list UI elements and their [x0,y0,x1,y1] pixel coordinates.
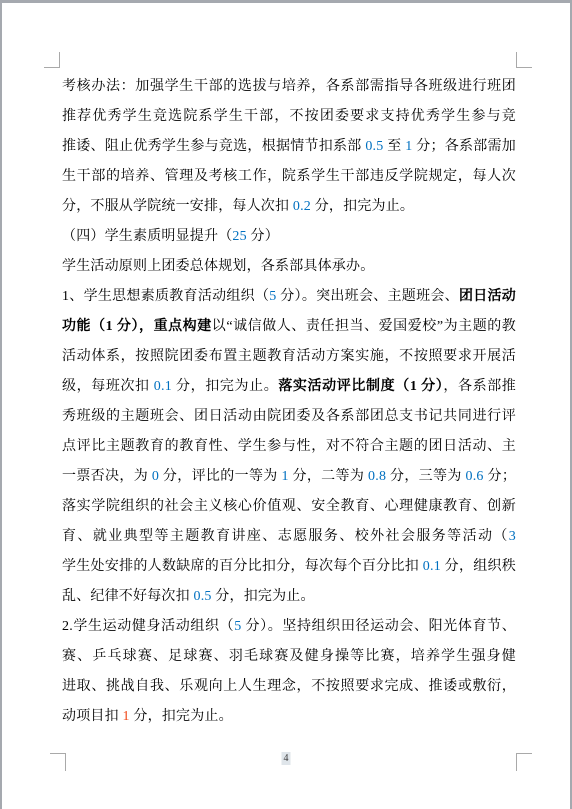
text-segment: 推荐优秀学生竞选院系学生干部，不按团委要求支持优秀学生参与竞选，甚至 [62,109,516,132]
text-segment: 0 [152,469,159,484]
document-line: 级，每班次扣 0.1 分，扣完为止。落实活动评比制度（1 分），各系部推荐的优 [62,372,516,402]
document-line: 1、学生思想素质教育活动组织（5 分）。突出班会、主题班会、团日活动育人 [62,282,516,312]
text-segment: 至 [383,139,405,154]
document-line: 育、就业典型等主题教育讲座、志愿服务、校外社会服务等活动（3 分），按 [62,522,516,552]
document-line: 一票否决，为 0 分，评比的一等为 1 分，二等为 0.8 分，三等为 0.6 … [62,462,516,492]
document-line: 功能（1 分），重点构建以“诚信做人、责任担当、爱国爱校”为主题的教育 [62,312,516,342]
margin-mark-top-left [44,67,60,68]
text-segment: 0.8 [368,469,386,484]
text-segment: 0.2 [293,199,311,214]
text-segment: 分）。突出班会、主题班会、 [276,289,458,304]
app-background-left-edge [0,0,2,809]
text-segment: 乱、纪律不好每次扣 [62,589,194,604]
document-line: 活动体系，按照院团委布置主题教育活动方案实施，不按照要求开展活动的班 [62,342,516,372]
text-segment: 分，扣完为止。 [172,379,278,394]
document-body: 考核办法：加强学生干部的选拔与培养，各系部需指导各班级进行班团建设，推荐优秀学生… [62,72,516,732]
document-line: 落实学院组织的社会主义核心价值观、安全教育、心理健康教育、创新创业教 [62,492,516,522]
text-segment: 进取、挑战自我、乐观向上人生理念，不按照要求完成、推诿或敷衍，每个活 [62,679,516,702]
margin-mark-top-right [516,67,532,68]
text-segment: 活动体系，按照院团委布置主题教育活动方案实施，不按照要求开展活动的班 [62,349,516,372]
document-line: 生干部的培养、管理及考核工作，院系学生干部违反学院规定，每人次扣 0.1 [62,162,516,192]
text-segment: 推诿、阻止优秀学生参与竞选，根据情节扣系部 [62,139,365,154]
text-segment: 分，扣完为止。 [212,589,315,604]
text-segment: 点评比主题教育的教育性、学生参与性，对不符合主题的团日活动、主题班会 [62,439,516,462]
text-segment: 学生处安排的人数缺席的百分比扣分，每次每个百分比扣 [62,559,423,574]
margin-mark-bottom-right [516,753,517,771]
document-viewport: { "page": { "number": "4", "palette": { … [0,0,572,809]
document-line: 分，不服从学院统一安排，每人次扣 0.2 分，扣完为止。 [62,192,516,222]
margin-mark-bottom-right [516,753,532,754]
text-segment: 分，不服从学院统一安排，每人次扣 [62,199,293,214]
margin-mark-bottom-left [65,753,66,771]
page-number-field: 4 [282,752,291,765]
document-line: 点评比主题教育的教育性、学生参与性，对不符合主题的团日活动、主题班会 [62,432,516,462]
text-segment: 0.6 [466,469,484,484]
text-segment: 育、就业典型等主题教育讲座、志愿服务、校外社会服务等活动（ [62,529,509,544]
document-line: 乱、纪律不好每次扣 0.5 分，扣完为止。 [62,582,516,612]
document-line: 推诿、阻止优秀学生参与竞选，根据情节扣系部 0.5 至 1 分；各系部需加强学 [62,132,516,162]
text-segment: 一票否决，为 [62,469,152,484]
text-segment: 秀班级的主题班会、团日活动由院团委及各系部团总支书记共同进行评比，重 [62,409,516,432]
text-segment: 生干部的培养、管理及考核工作，院系学生干部违反学院规定，每人次扣 [62,169,516,192]
document-line: 学生处安排的人数缺席的百分比扣分，每次每个百分比扣 0.1 分，组织秩序混 [62,552,516,582]
text-segment: 1、学生思想素质教育活动组织（ [62,289,269,304]
text-segment: 25 [232,229,246,244]
document-line: 赛、乒乓球赛、足球赛、羽毛球赛及健身操等比赛，培养学生强身健体、拼博 [62,642,516,672]
margin-mark-top-left [59,52,60,68]
document-line: 进取、挑战自我、乐观向上人生理念，不按照要求完成、推诿或敷衍，每个活 [62,672,516,702]
text-segment: 1 [281,469,288,484]
text-segment: 功能（1 分），重点构建 [62,319,212,334]
text-segment: 分，扣完为止。 [311,199,414,214]
document-line: 推荐优秀学生竞选院系学生干部，不按团委要求支持优秀学生参与竞选，甚至 [62,102,516,132]
text-segment: 动项目扣 [62,709,123,724]
text-segment: 3 [509,529,516,544]
document-line: 动项目扣 1 分，扣完为止。 [62,702,516,732]
text-segment: 考核办法：加强学生干部的选拔与培养，各系部需指导各班级进行班团建设， [62,79,516,102]
document-line: 秀班级的主题班会、团日活动由院团委及各系部团总支书记共同进行评比，重 [62,402,516,432]
text-segment: 1 [123,709,130,724]
document-line: 2.学生运动健身活动组织（5 分）。坚持组织田径运动会、阳光体育节、篮球 [62,612,516,642]
text-segment: 学生活动原则上团委总体规划，各系部具体承办。 [62,259,374,274]
text-segment: 分，二等为 [289,469,368,484]
text-segment: 0.1 [423,559,441,574]
text-segment: 级，每班次扣 [62,379,154,394]
text-segment: 0.5 [194,589,212,604]
text-segment: 落实学院组织的社会主义核心价值观、安全教育、心理健康教育、创新创业教 [62,499,516,522]
document-line: （四）学生素质明显提升（25 分） [62,222,516,252]
document-line: 学生活动原则上团委总体规划，各系部具体承办。 [62,252,516,282]
margin-mark-bottom-left [50,753,66,754]
text-segment: 0.5 [365,139,383,154]
text-segment: 分，扣完为止。 [130,709,233,724]
text-segment: 赛、乒乓球赛、足球赛、羽毛球赛及健身操等比赛，培养学生强身健体、拼博 [62,649,516,672]
margin-mark-top-right [516,52,517,68]
text-segment: 落实活动评比制度（1 分） [278,379,443,394]
text-segment: 0.1 [154,379,172,394]
text-segment: 2.学生运动健身活动组织（ [62,619,234,634]
text-segment: （四）学生素质明显提升（ [62,229,232,244]
document-line: 考核办法：加强学生干部的选拔与培养，各系部需指导各班级进行班团建设， [62,72,516,102]
text-segment: 分，评比的一等为 [159,469,281,484]
text-segment: 分） [247,229,279,244]
text-segment: 分，三等为 [386,469,465,484]
app-background-top-edge [0,0,572,3]
